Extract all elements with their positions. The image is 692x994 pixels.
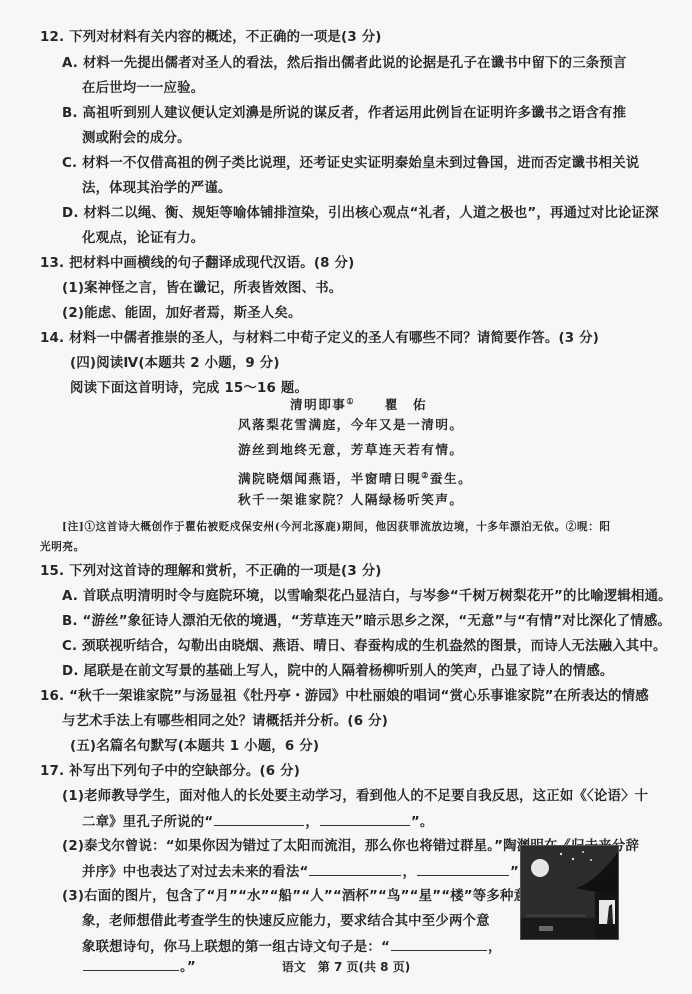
q12-option-d: D. 材料二以绳、衡、规矩等喻体铺排渲染，引出核心观点“礼者，人道之极也”，再通…	[62, 205, 659, 223]
q17-part1-prefix: 二章》里孔子所说的“	[82, 815, 213, 830]
poem-line-3-end: 蚕生。	[430, 471, 472, 486]
poem-note-cont: 光明亮。	[40, 538, 85, 556]
q14-stem: 14. 材料一中儒者推崇的圣人，与材料二中荀子定义的圣人有哪些不同？请简要作答。…	[40, 330, 599, 348]
q17-part1-blank-1[interactable]	[214, 813, 304, 826]
poem-line-4: 秋千一架谁家院？人隔绿杨听笑声。	[238, 491, 464, 509]
q17-part1-blank-2[interactable]	[320, 813, 410, 826]
q13-sentence-1: (1)案神怪之言，皆在谶记，所表皆效图、书。	[62, 280, 342, 298]
q17-part1-separator: ，	[305, 815, 319, 830]
q17-part1-cont: 二章》里孔子所说的“，”。	[82, 813, 434, 832]
poem-note: [注]①这首诗大概创作于瞿佑被贬戍保安州(今河北涿鹿)期间，他因获罪流放边境，十…	[62, 518, 611, 536]
night-scene-image	[520, 845, 619, 940]
poem-line-2: 游丝到地终无意，芳草连天若有情。	[238, 441, 464, 459]
q17-part3-blank-1[interactable]	[391, 938, 487, 951]
q12-option-a-cont: 在后世均一一应验。	[82, 80, 204, 98]
q12-option-c: C. 材料一不仅借高祖的例子类比说理，还考证史实证明秦始皇未到过鲁国，进而否定谶…	[62, 155, 639, 173]
poem-title-line: 清明即事① 瞿 佑	[290, 392, 427, 414]
q16-stem-cont: 与艺术手法上有哪些相同之处？请概括并分析。(6 分)	[62, 713, 388, 731]
q15-stem: 15. 下列对这首诗的理解和赏析，不正确的一项是(3 分)	[40, 563, 382, 581]
q17-stem: 17. 补写出下列句子中的空缺部分。(6 分)	[40, 763, 300, 781]
q12-option-c-cont: 法，体现其治学的严谨。	[82, 180, 232, 198]
q12-option-d-cont: 化观点，论证有力。	[82, 230, 204, 248]
section4-intro: 阅读下面这首明诗，完成 15～16 题。	[70, 380, 308, 398]
q17-part3-separator: ，	[488, 940, 502, 955]
q15-option-b: B. “游丝”象征诗人漂泊无依的境遇，“芳草连天”暗示思乡之深，“无意”与“有情…	[62, 613, 671, 631]
poem-author: 瞿 佑	[385, 397, 427, 412]
poem-line-3: 满院晓烟闻燕语，半窗晴日晛②蚕生。	[238, 466, 472, 488]
night-scene-illustration-icon	[521, 846, 618, 939]
q15-option-c: C. 颈联视听结合，勾勒出由晓烟、燕语、晴日、春蚕构成的生机盎然的图景，而诗人无…	[62, 638, 667, 656]
q13-sentence-2: (2)能虑、能固，加好者焉，斯圣人矣。	[62, 305, 302, 323]
poem-line-3-text: 满院晓烟闻燕语，半窗晴日晛	[238, 471, 421, 486]
poem-title-footnote-mark: ①	[346, 396, 355, 406]
section4-title: (四)阅读Ⅳ(本题共 2 小题，9 分)	[70, 355, 280, 373]
exam-page: 12. 下列对材料有关内容的概述，不正确的一项是(3 分) A. 材料一先提出儒…	[0, 0, 692, 994]
q15-option-d: D. 尾联是在前文写景的基础上写人，院中的人隔着杨柳听别人的笑声，凸显了诗人的情…	[62, 663, 614, 681]
q17-part2-blank-1[interactable]	[309, 863, 401, 876]
q17-part1-end: ”。	[411, 815, 434, 830]
page-footer: 语文 第 7 页(共 8 页)	[0, 958, 692, 975]
poem-line-3-footnote-mark: ②	[421, 470, 430, 480]
q17-part3-cont-2: 象联想诗句，你马上联想的第一组古诗文句子是：“，	[82, 938, 502, 957]
q12-option-b-cont: 测或附会的成分。	[82, 130, 191, 148]
q17-part3-cont-1: 象，老师想借此考查学生的快速反应能力，要求结合其中至少两个意	[82, 913, 490, 931]
q17-part3: (3)右面的图片，包含了“月”“水”“船”“人”“酒杯”“鸟”“星”“楼”等多种…	[62, 888, 527, 906]
poem-line-1: 风落梨花雪满庭，今年又是一清明。	[238, 416, 464, 434]
q17-part3-prefix: 象联想诗句，你马上联想的第一组古诗文句子是：“	[82, 940, 390, 955]
q13-stem: 13. 把材料中画横线的句子翻译成现代汉语。(8 分)	[40, 255, 354, 273]
poem-title: 清明即事	[290, 397, 346, 412]
q12-option-a: A. 材料一先提出儒者对圣人的看法，然后指出儒者此说的论据是孔子在谶书中留下的三…	[62, 55, 627, 73]
q15-option-a: A. 首联点明清明时令与庭院环境，以雪喻梨花凸显洁白，与岑参“千树万树梨花开”的…	[62, 588, 672, 606]
q17-part2-prefix: 并序》中也表达了对过去未来的看法“	[82, 865, 308, 880]
q17-part2-separator: ，	[402, 865, 416, 880]
q12-stem: 12. 下列对材料有关内容的概述，不正确的一项是(3 分)	[40, 29, 382, 47]
q17-part1: (1)老师教导学生，面对他人的长处要主动学习，看到他人的不足要自我反思，这正如《…	[62, 788, 648, 806]
section5-title: (五)名篇名句默写(本题共 1 小题，6 分)	[70, 738, 319, 756]
q16-stem: 16. “秋千一架谁家院”与汤显祖《牡丹亭・游园》中杜丽娘的唱词“赏心乐事谁家院…	[40, 688, 649, 706]
q12-option-b: B. 高祖听到别人建议便认定刘濞是所说的谋反者，作者运用此例旨在证明许多谶书之语…	[62, 105, 626, 123]
q17-part2-blank-2[interactable]	[417, 863, 509, 876]
